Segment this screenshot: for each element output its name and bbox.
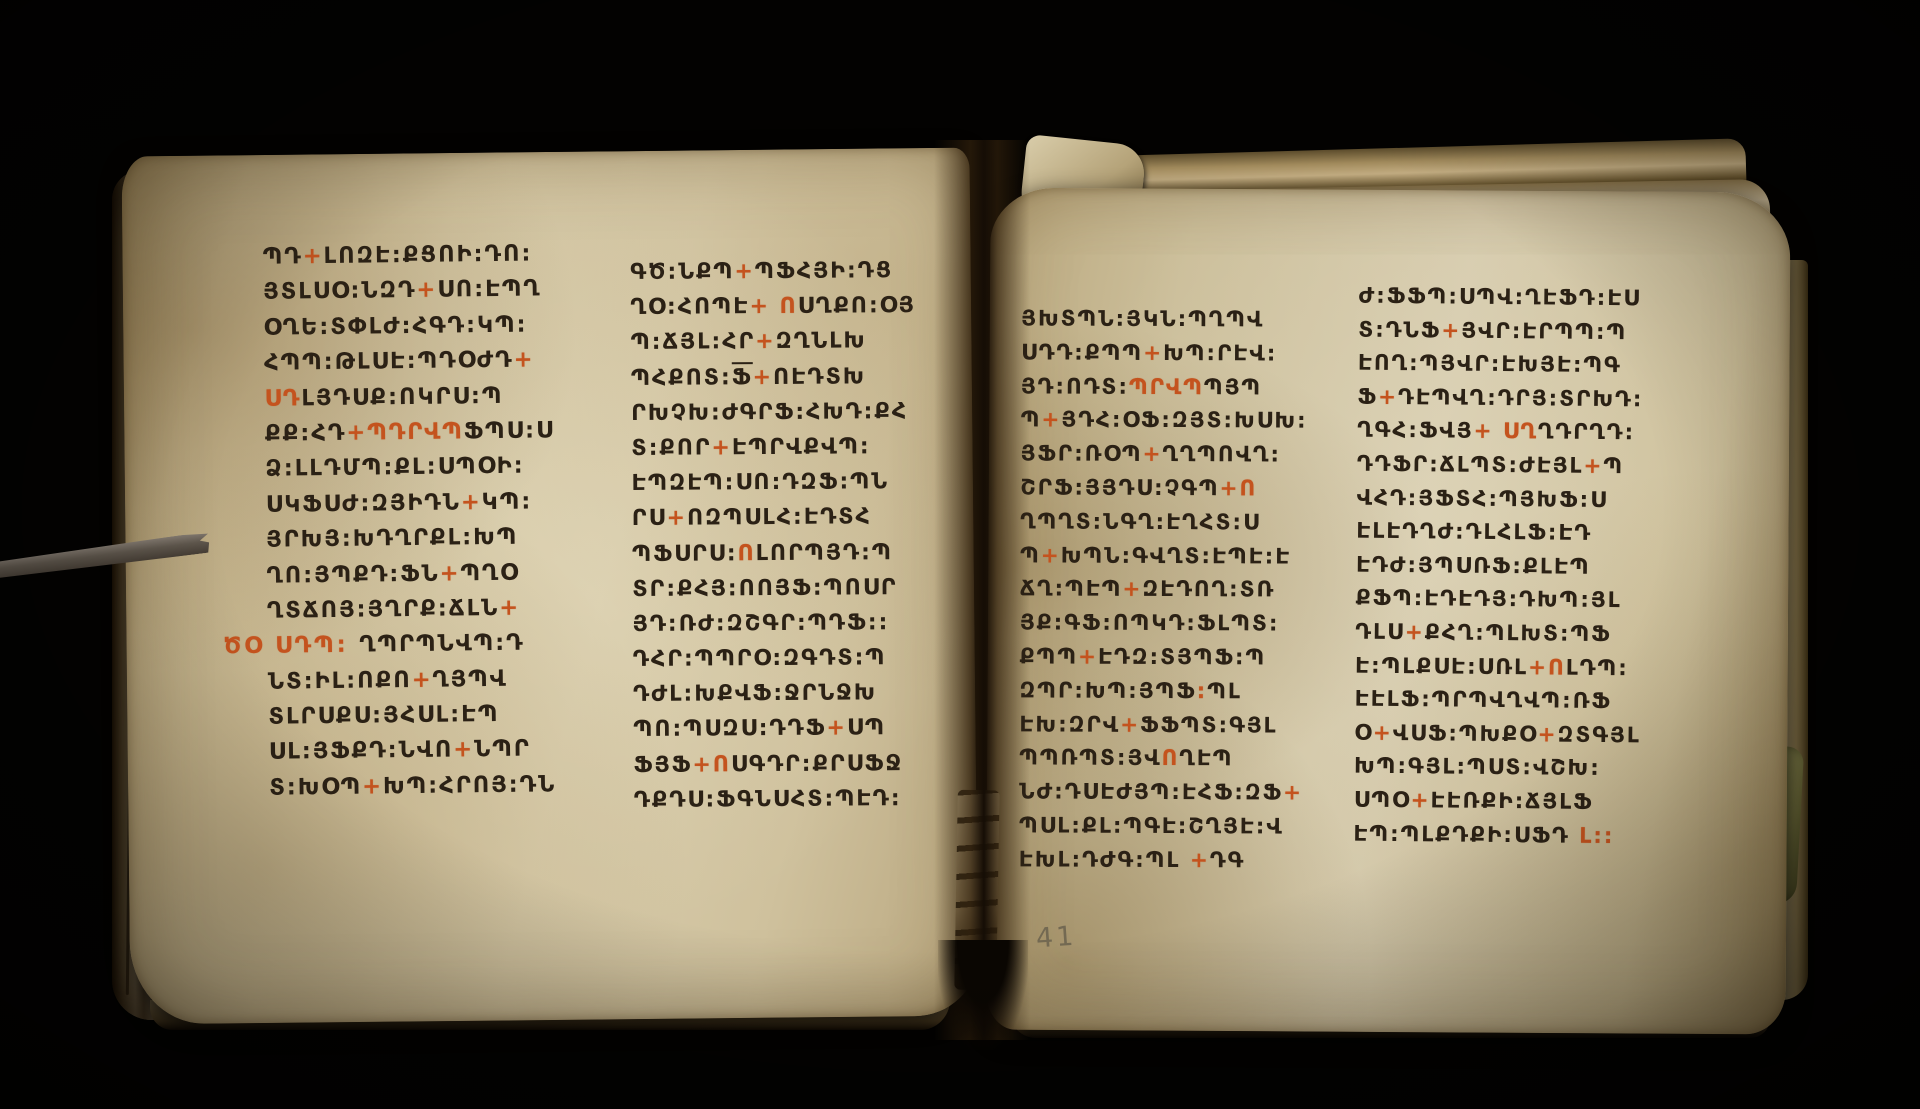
manuscript-text-line: ԷԽ:ԶՐՎ+ՖՖՊՏ:ԳՅԼ [1019, 708, 1306, 743]
manuscript-text-line: ՃՂ:ՊԷՊ+ԶԷԴՈՂ:ՏՌ [1020, 573, 1307, 608]
manuscript-text-line: ՏԼՐՍՔՍ:ՅՀՍԼ:ԷՊ [268, 696, 558, 735]
manuscript-text-line: ԽՊ:ԳՅԼ:ՊՍՏ:ՎՇԽ: [1354, 750, 1641, 786]
manuscript-text-line: ԷԼԷԴՂԺ:ԴԼՀԼՖ:ԷԴ [1356, 515, 1643, 551]
text-column-right-2: Ժ:ՖՖՊ:ՍՊՎ:ՂԷՖԴ:ԷՍՏ:ԴՆՖ+ՅՎՐ:ԷՐՊՊ:ՊԷՈՂ:ՊՅՎ… [1353, 280, 1645, 854]
manuscript-text-line: ԴԼՍ+ՔՀՂ:ՊԼԽՏ:ՊՖ [1355, 616, 1642, 652]
manuscript-text-line: Օ+ՎՍՖ:ՊԽՔՕ+ԶՏԳՅԼ [1354, 716, 1641, 752]
manuscript-text-line: ՍԴԼՅԴՍՔ:ՈԿՐՍ:Պ [264, 378, 554, 417]
manuscript-text-line: ԴԴՖՐ:ՃԼՊՏ:ԺԷՅԼ+Պ [1357, 448, 1644, 484]
manuscript-text-line: ԷԴԺ:ՅՊՍՌՖ:ՔԼԷՊ [1356, 548, 1643, 584]
manuscript-text-line: ԾՕ ՍԴՊ: ՂՊՐՊՆՎՊ:Դ [267, 626, 557, 665]
manuscript-text-line: ՅՏԼՍՕ:ՆԶԴ+ՍՈ:ԷՊՂ [263, 272, 553, 311]
manuscript-text-line: ՍԼ:ՅՖՔԴ:ՆՎՈ+ՆՊՐ [269, 732, 559, 771]
manuscript-text-line: Է:ՊԼՔՍԷ:ՍՌԼ+ՈԼԴՊ: [1355, 649, 1642, 685]
manuscript-text-line: ՂՊՂՏ:ՆԳՂ:ԷՂՀՏ:Ս [1020, 505, 1307, 540]
manuscript-text-line: ՏՐ:ՔՀՅ:ՈՈՅՖ:ՊՈՍՐ [632, 570, 918, 607]
manuscript-text-line: ԷԷԼՖ:ՊՐՊՎՂՎՊ:ՌՖ [1355, 683, 1642, 719]
manuscript-text-line: ԷԽԼ:ԴԺԳ:ՊԼ +ԴԳ [1019, 843, 1306, 878]
manuscript-text-line: ՔՖՊ:ԷԴԷԴՅ:ԴԽՊ:ՅԼ [1356, 582, 1643, 618]
manuscript-text-line: Պ+ՅԴՀ:ՕՖ:ԶՅՏ:ԽՍԽ: [1021, 404, 1308, 439]
manuscript-text-line: Ժ:ՖՖՊ:ՍՊՎ:ՂԷՖԴ:ԷՍ [1358, 280, 1645, 316]
manuscript-text-line: Տ:ԴՆՖ+ՅՎՐ:ԷՐՊՊ:Պ [1358, 313, 1645, 349]
manuscript-text-line: ՅՖՐ:ՌՕՊ+ՂՂՊՈՎՂ: [1021, 438, 1308, 473]
manuscript-text-line: ՅԽՏՊՆ:ՅԿՆ:ՊՂՊՎ [1021, 302, 1308, 337]
manuscript-text-line: ԷՊԶԷՊ:ՍՈ:ԴԶՖ:ՊՆ [632, 464, 918, 501]
gutter-bottom-shadow [938, 940, 1028, 1050]
manuscript-text-line: ՐԽՉԽ:ԺԳՐՖ:ՀԽԴ:ՔՀ [631, 394, 917, 431]
manuscript-text-line: Պ:ՃՅԼ:ՀՐ+ԶՂՆԼԽ [631, 323, 917, 360]
manuscript-text-line: ՕՂԵ:ՏՓԼԺ:ՀԳԴ:ԿՊ: [263, 307, 553, 346]
manuscript-text-line: ՂՈ:ՅՊՔԴ:ՖՆ+ՊՂՕ [266, 555, 556, 594]
manuscript-text-line: Ձ:ԼԼԴՄՊ:ՔԼ:ՍՊՕԻ: [265, 449, 555, 488]
manuscript-text-line: ՔՔ:ՀԴ+ՊԴՐՎՊՖՊՍ:Ս [265, 413, 555, 452]
manuscript-text-line: Տ:ՔՈՐ+ԷՊՐՎՔՎՊ: [631, 429, 917, 466]
manuscript-text-line: Ֆ+ԴԷՊՎՂ:ԴՐՅ:ՏՐԽԴ: [1357, 380, 1644, 416]
manuscript-text-line: Պ+ԽՊՆ:ԳՎՂՏ:ԷՊԷ:Է [1020, 539, 1307, 574]
manuscript-text-line: ԶՊՐ:ԽՊ:ՅՊՖ:ՊԼ [1019, 674, 1306, 709]
manuscript-text-line: ՅՔ:ԳՖ:ՈՊԿԴ:ՖԼՊՏ: [1020, 607, 1307, 642]
manuscript-text-line: ՐՍ+ՈԶՊՍԼՀ:ԷԴՏՀ [632, 499, 918, 536]
manuscript-text-line: ՂՕ:ՀՈՊԷ+ ՈՍՂՔՈ:ՕՅ [630, 288, 916, 325]
manuscript-text-line: ԷՈՂ:ՊՅՎՐ:ԷԽՅԷ:ՊԳ [1358, 347, 1645, 383]
manuscript-text-line: ՂՏՃՈՅ:ՅՂՐՔ:ՃԼՆ+ [267, 590, 557, 629]
manuscript-text-line: Տ:ԽՕՊ+ԽՊ:ՀՐՈՅ:ԴՆ [269, 767, 559, 806]
manuscript-text-line: ՅՐԽՅ:ԽԴՂՐՔԼ:ԽՊ [266, 519, 556, 558]
text-column-right-1: ՅԽՏՊՆ:ՅԿՆ:ՊՂՊՎՍԴԴ:ՔՊՊ+ԽՊ:ՐԷՎ:ՅԴ:ՈԴՏ:ՊՐՎՊ… [1019, 302, 1308, 878]
manuscript-text-line: ՇՐՖ:ՅՅԴՍ:ՉԳՊ+Ո [1020, 471, 1307, 506]
folio-number: 41 [1035, 921, 1077, 955]
manuscript-text-line: ՍՊՕ+ԷԷՌՔԻ:ՃՅԼՖ [1354, 784, 1641, 820]
manuscript-text-line: ՅԴ:ՈԴՏ:ՊՐՎՊՊՅՊ [1021, 370, 1308, 405]
manuscript-text-line: ՍԿՖՍԺ:ԶՅԻԴՆ+ԿՊ: [266, 484, 556, 523]
manuscript-text-line: ՔՊՊ+ԷԴԶ:ՏՅՊՖ:Պ [1020, 640, 1307, 675]
manuscript-text-line: ՎՀԴ:ՅՖՏՀ:ՊՅԽՖ:Ս [1356, 481, 1643, 517]
manuscript-text-line: ՊՍԼ:ՔԼ:ՊԳԷ:ՇՂՅԷ:Վ [1019, 809, 1306, 844]
manuscript-text-line: ՂԳՀ:ՖՎՅ+ ՍՂՂԴՐՂԴ: [1357, 414, 1644, 450]
text-column-left-1: ՊԴ+ԼՈԶԷ:ՔՑՈԻ:ԴՈ:ՅՏԼՍՕ:ՆԶԴ+ՍՈ:ԷՊՂՕՂԵ:ՏՓԼԺ… [263, 236, 559, 806]
manuscript-text-line: ԴԺԼ:ԽՔՎՖ:ՋՐՆՋԽ [633, 675, 919, 712]
text-column-left-2: ԳԾ:ՆՔՊ+ՊՖՀՅԻ:ԴՑՂՕ:ՀՈՊԷ+ ՈՍՂՔՈ:ՕՅՊ:ՃՅԼ:ՀՐ… [630, 253, 919, 818]
manuscript-photo: ՊԴ+ԼՈԶԷ:ՔՑՈԻ:ԴՈ:ՅՏԼՍՕ:ՆԶԴ+ՍՈ:ԷՊՂՕՂԵ:ՏՓԼԺ… [0, 0, 1920, 1109]
manuscript-text-line: ԷՊ:ՊԼՔԴՔԻ:ՍՖԴ Լ:: [1353, 817, 1640, 853]
manuscript-text-line: ԴՀՐ:ՊՊՐՕ:ԶԳԴՏ:Պ [633, 640, 919, 677]
manuscript-text-line: ՆԺ:ԴՍԷԺՅՊ:ԷՀՖ:ԶՖ+ [1019, 776, 1306, 811]
manuscript-text-line: ՊԴ+ԼՈԶԷ:ՔՑՈԻ:ԴՈ: [263, 236, 553, 275]
manuscript-text-line: ՅԴ:ՌԺ:ԶՇԳՐ:ՊԴՖ:: [632, 605, 918, 642]
manuscript-text-line: ԳԾ:ՆՔՊ+ՊՖՀՅԻ:ԴՑ [630, 253, 916, 290]
manuscript-text-line: ՊՊՌՊՏ:ՅՎՈՂԷՊ [1019, 742, 1306, 777]
manuscript-text-line: ՍԴԴ:ՔՊՊ+ԽՊ:ՐԷՎ: [1021, 336, 1308, 371]
gutter-shadow [934, 140, 1030, 1040]
manuscript-text-line: ԴՔԴՍ:ՖԳՆՍՀՏ:ՊԷԴ: [634, 781, 920, 818]
manuscript-text-line: ՊՈ:ՊՍԶՍ:ԴԴՖ+ՍՊ [633, 710, 919, 747]
manuscript-text-line: ՊՀՔՈՏ:Ֆ+ՈԷԴՏԽ [631, 359, 917, 396]
manuscript-text-line: ՊՖՍՐՍ:ՈԼՈՐՊՅԴ:Պ [632, 535, 918, 572]
manuscript-text-line: ՆՏ:ԻԼ:ՈՔՈ+ՂՅՊՎ [268, 661, 558, 700]
manuscript-text-line: ՖՅՖ+ՈՍԳԴՐ:ՔՐՍՖՋ [633, 746, 919, 783]
manuscript-text-line: ՀՊՊ:ԹԼՍԷ:ՊԴՕԺԴ+ [264, 342, 554, 381]
